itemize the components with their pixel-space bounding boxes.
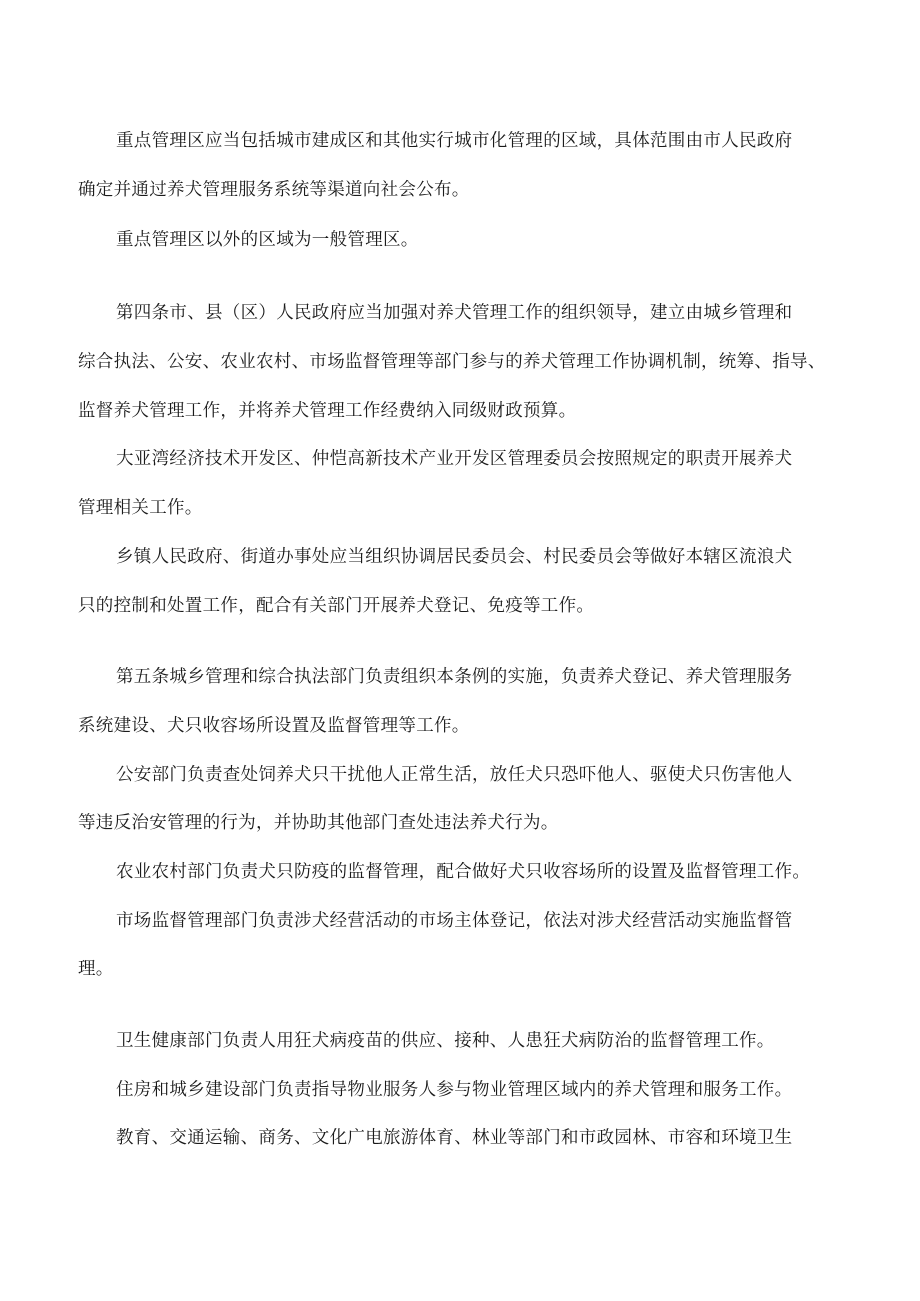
- paragraph-line: 乡镇人民政府、街道办事处应当组织协调居民委员会、村民委员会等做好本辖区流浪犬: [116, 546, 792, 568]
- paragraph-line: 第四条市、县（区）人民政府应当加强对养犬管理工作的组织领导，建立由城乡管理和: [116, 302, 792, 324]
- paragraph-line: 系统建设、犬只收容场所设置及监督管理等工作。: [78, 715, 470, 737]
- paragraph-line: 住房和城乡建设部门负责指导物业服务人参与物业管理区域内的养犬管理和服务工作。: [116, 1079, 792, 1101]
- paragraph-line: 卫生健康部门负责人用狂犬病疫苗的供应、接种、人患狂犬病防治的监督管理工作。: [116, 1030, 775, 1052]
- paragraph-line: 农业农村部门负责犬只防疫的监督管理，配合做好犬只收容场所的设置及监督管理工作。: [116, 861, 810, 883]
- paragraph-line: 理。: [78, 958, 114, 980]
- paragraph-line: 监督养犬管理工作，并将养犬管理工作经费纳入同级财政预算。: [78, 400, 576, 422]
- paragraph-line: 管理相关工作。: [78, 497, 203, 519]
- paragraph-line: 只的控制和处置工作，配合有关部门开展养犬登记、免疫等工作。: [78, 595, 594, 617]
- paragraph-line: 重点管理区以外的区域为一般管理区。: [116, 229, 419, 251]
- paragraph-line: 确定并通过养犬管理服务系统等渠道向社会公布。: [78, 179, 470, 201]
- paragraph-line: 重点管理区应当包括城市建成区和其他实行城市化管理的区域，具体范围由市人民政府: [116, 130, 792, 152]
- paragraph-line: 市场监督管理部门负责涉犬经营活动的市场主体登记，依法对涉犬经营活动实施监督管: [116, 910, 792, 932]
- paragraph-line: 教育、交通运输、商务、文化广电旅游体育、林业等部门和市政园林、市容和环境卫生: [116, 1127, 792, 1149]
- document-page: 重点管理区应当包括城市建成区和其他实行城市化管理的区域，具体范围由市人民政府 确…: [0, 0, 920, 1301]
- paragraph-line: 等违反治安管理的行为，并协助其他部门查处违法养犬行为。: [78, 812, 559, 834]
- paragraph-line: 综合执法、公安、农业农村、市场监督管理等部门参与的养犬管理工作协调机制，统筹、指…: [78, 351, 826, 373]
- paragraph-line: 大亚湾经济技术开发区、仲恺高新技术产业开发区管理委员会按照规定的职责开展养犬: [116, 448, 792, 470]
- paragraph-line: 公安部门负责查处饲养犬只干扰他人正常生活，放任犬只恐吓他人、驱使犬只伤害他人: [116, 764, 792, 786]
- paragraph-line: 第五条城乡管理和综合执法部门负责组织本条例的实施，负责养犬登记、养犬管理服务: [116, 666, 792, 688]
